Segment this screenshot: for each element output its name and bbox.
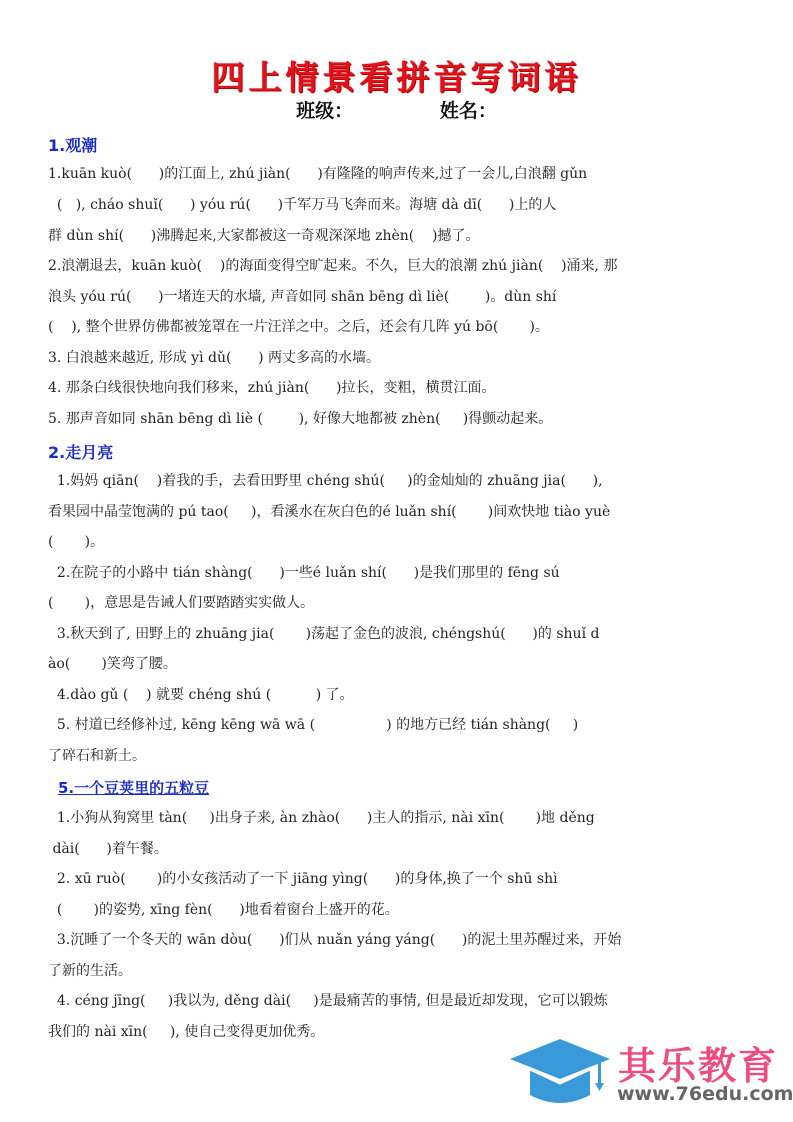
exercise-line: ào( )笑弯了腰。 (48, 655, 750, 673)
exercise-line: 4.dào gǔ ( ) 就要 chéng shú ( ) 了。 (48, 686, 750, 704)
exercise-line: 2. xū ruò( )的小女孩活动了一下 jiāng yìng( )的身体,换… (48, 870, 750, 888)
exercise-line: 了碎石和新土。 (48, 747, 750, 765)
exercise-line: 3. 白浪越来越近, 形成 yì dǔ( ) 两丈多高的水墙。 (48, 349, 750, 367)
exercise-line: 1.小狗从狗窝里 tàn( )出身子来, àn zhào( )主人的指示, nà… (48, 809, 750, 827)
page-title: 四上情景看拼音写词语 (0, 52, 793, 99)
name-label: 姓名： (440, 96, 497, 123)
exercise-line: dài( )着午餐。 (48, 840, 750, 858)
exercise-line: 2.浪潮退去，kuān kuò( )的海面变得空旷起来。不久，巨大的浪潮 zhú… (48, 257, 750, 275)
exercise-line: 3.秋天到了, 田野上的 zhuāng jia( )荡起了金色的波浪, chén… (48, 625, 750, 643)
exercise-line: 5. 那声音如同 shān bēng dì liè ( ), 好像大地都被 zh… (48, 410, 750, 428)
exercise-line: 3.沉睡了一个冬天的 wān dòu( )们从 nuǎn yáng yáng( … (48, 931, 750, 949)
exercise-line: ( )。 (48, 533, 750, 551)
exercise-line: 2.在院子的小路中 tián shàng( )一些é luǎn shí( )是我… (48, 564, 750, 582)
exercise-line: 4. céng jīng( )我以为, děng dài( )是最痛苦的事情, … (48, 992, 750, 1010)
exercise-line: ( )的姿势, xīng fèn( )地看着窗台上盛开的花。 (48, 901, 750, 919)
exercise-line: ( )，意思是告诫人们要踏踏实实做人。 (48, 594, 750, 612)
exercise-line: 1.kuān kuò( )的江面上, zhú jiàn( )有隆隆的响声传来,过… (48, 165, 750, 183)
brand-url: www.76edu.com (617, 1083, 793, 1105)
graduation-cap-icon (510, 1037, 610, 1112)
exercise-line: 浪头 yóu rú( )一堵连天的水墙, 声音如同 shān bēng dì l… (48, 288, 750, 306)
section-heading-zouyueliang: 2.走月亮 (48, 440, 113, 463)
exercise-line: 了新的生活。 (48, 962, 750, 980)
exercise-line: 5. 村道已经修补过, kēng kēng wā wā ( ) 的地方已经 ti… (48, 716, 750, 734)
class-label: 班级： (296, 96, 353, 123)
exercise-line: ( ), cháo shuǐ( ) yóu rú( )千军万马飞奔而来。海塘 d… (48, 196, 750, 214)
brand-name: 其乐教育 (618, 1035, 778, 1090)
exercise-line: 1.妈妈 qiān( )着我的手，去看田野里 chéng shú( )的金灿灿的… (48, 472, 750, 490)
exercise-line: ( ), 整个世界仿佛都被笼罩在一片汪洋之中。之后，还会有几阵 yú bō( )… (48, 318, 750, 336)
exercise-line: 看果园中晶莹饱满的 pú tao( )，看溪水在灰白色的é luǎn shí( … (48, 503, 750, 521)
section-heading-wulidou: 5.一个豆荚里的五粒豆 (58, 777, 209, 798)
exercise-line: 4. 那条白线很快地向我们移来，zhú jiàn( )拉长，变粗，横贯江面。 (48, 379, 750, 397)
watermark-logo: 其乐教育 www.76edu.com (510, 1035, 790, 1115)
student-info-line: 班级： 姓名： (0, 96, 793, 123)
section-heading-guanchao: 1.观潮 (48, 133, 97, 156)
exercise-line: 群 dùn shí( )沸腾起来,大家都被这一奇观深深地 zhèn( )撼了。 (48, 227, 750, 245)
